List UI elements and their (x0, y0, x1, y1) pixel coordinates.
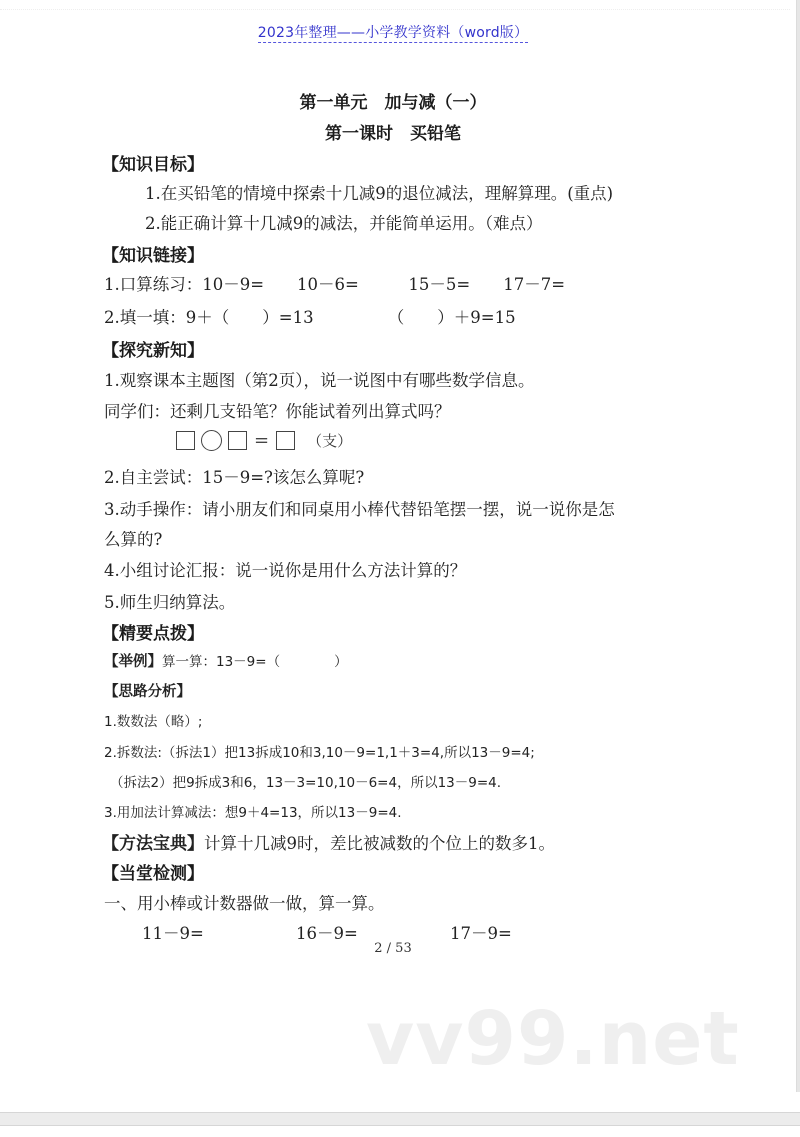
formula-unit: （支） (307, 430, 352, 451)
section-heading-knowledge-goals: 【知识目标】 (102, 150, 204, 175)
explore-item: 1.观察课本主题图（第2页），说一说图中有哪些数学信息。 (104, 367, 535, 391)
blank-circle-icon (201, 430, 222, 451)
explore-item: 么算的? (104, 526, 162, 550)
equals-sign: = (254, 430, 269, 451)
section-heading-key-points: 【精要点拨】 (102, 619, 204, 644)
example-label: 【举例】 (104, 654, 162, 670)
section-heading-check: 【当堂检测】 (102, 859, 204, 884)
explore-item: 3.动手操作：请小朋友们和同桌用小棒代替铅笔摆一摆，说一说你是怎 (104, 496, 615, 520)
page-right-edge (796, 0, 800, 1092)
top-border (0, 9, 790, 10)
link-item: 1.口算练习：10－9= 10－6= 15－5= 17－7= (104, 271, 565, 295)
blank-box-icon (176, 431, 195, 450)
method-text: 计算十几减9时，差比被减数的个位上的数多1。 (204, 834, 555, 853)
analysis-item: 1.数数法（略）; (104, 710, 202, 730)
unit-title: 第一单元 加与减（一） (0, 88, 786, 113)
header-link[interactable]: 2023年整理——小学教学资料（word版） (0, 22, 786, 42)
watermark: vv99.net (366, 996, 740, 1082)
example-text: 算一算：13－9=（ ） (162, 654, 348, 670)
explore-item: 4.小组讨论汇报：说一说你是用什么方法计算的？ (104, 557, 466, 581)
section-heading-knowledge-link: 【知识链接】 (102, 241, 204, 266)
example-line: 【举例】算一算：13－9=（ ） (104, 650, 348, 671)
analysis-item: 3.用加法计算减法：想9＋4=13，所以13－9=4. (104, 801, 402, 821)
explore-item: 同学们：还剩几支铅笔？你能试着列出算式吗？ (104, 398, 451, 422)
analysis-item: （拆法2）把9拆成3和6，13－3=10,10－6=4，所以13－9=4. (110, 771, 501, 791)
page-number: 2 / 53 (0, 941, 786, 956)
analysis-heading-text: 【思路分析】 (104, 684, 191, 700)
explore-item: 2.自主尝试：15－9=?该怎么算呢? (104, 464, 364, 488)
page-separator (0, 1112, 800, 1126)
method-label: 【方法宝典】 (102, 834, 204, 854)
goal-item: 2.能正确计算十几减9的减法，并能简单运用。（难点） (145, 210, 543, 234)
section-heading-explore: 【探究新知】 (102, 336, 204, 361)
link-item: 2.填一填：9＋（ ）=13 （ ）＋9=15 (104, 304, 516, 328)
method-line: 【方法宝典】计算十几减9时，差比被减数的个位上的数多1。 (102, 829, 555, 854)
blank-box-icon (228, 431, 247, 450)
blank-box-icon (276, 431, 295, 450)
formula-template: = （支） (176, 430, 352, 451)
header-link-text[interactable]: 2023年整理——小学教学资料（word版） (258, 25, 528, 43)
lesson-title: 第一课时 买铅笔 (0, 119, 786, 144)
analysis-heading: 【思路分析】 (104, 680, 191, 701)
check-item: 一、用小棒或计数器做一做，算一算。 (104, 890, 385, 914)
analysis-item: 2.拆数法:（拆法1）把13拆成10和3,10－9=1,1＋3=4,所以13－9… (104, 741, 535, 761)
explore-item: 5.师生归纳算法。 (104, 589, 235, 613)
goal-item: 1.在买铅笔的情境中探索十几减9的退位减法，理解算理。(重点) (145, 180, 613, 204)
